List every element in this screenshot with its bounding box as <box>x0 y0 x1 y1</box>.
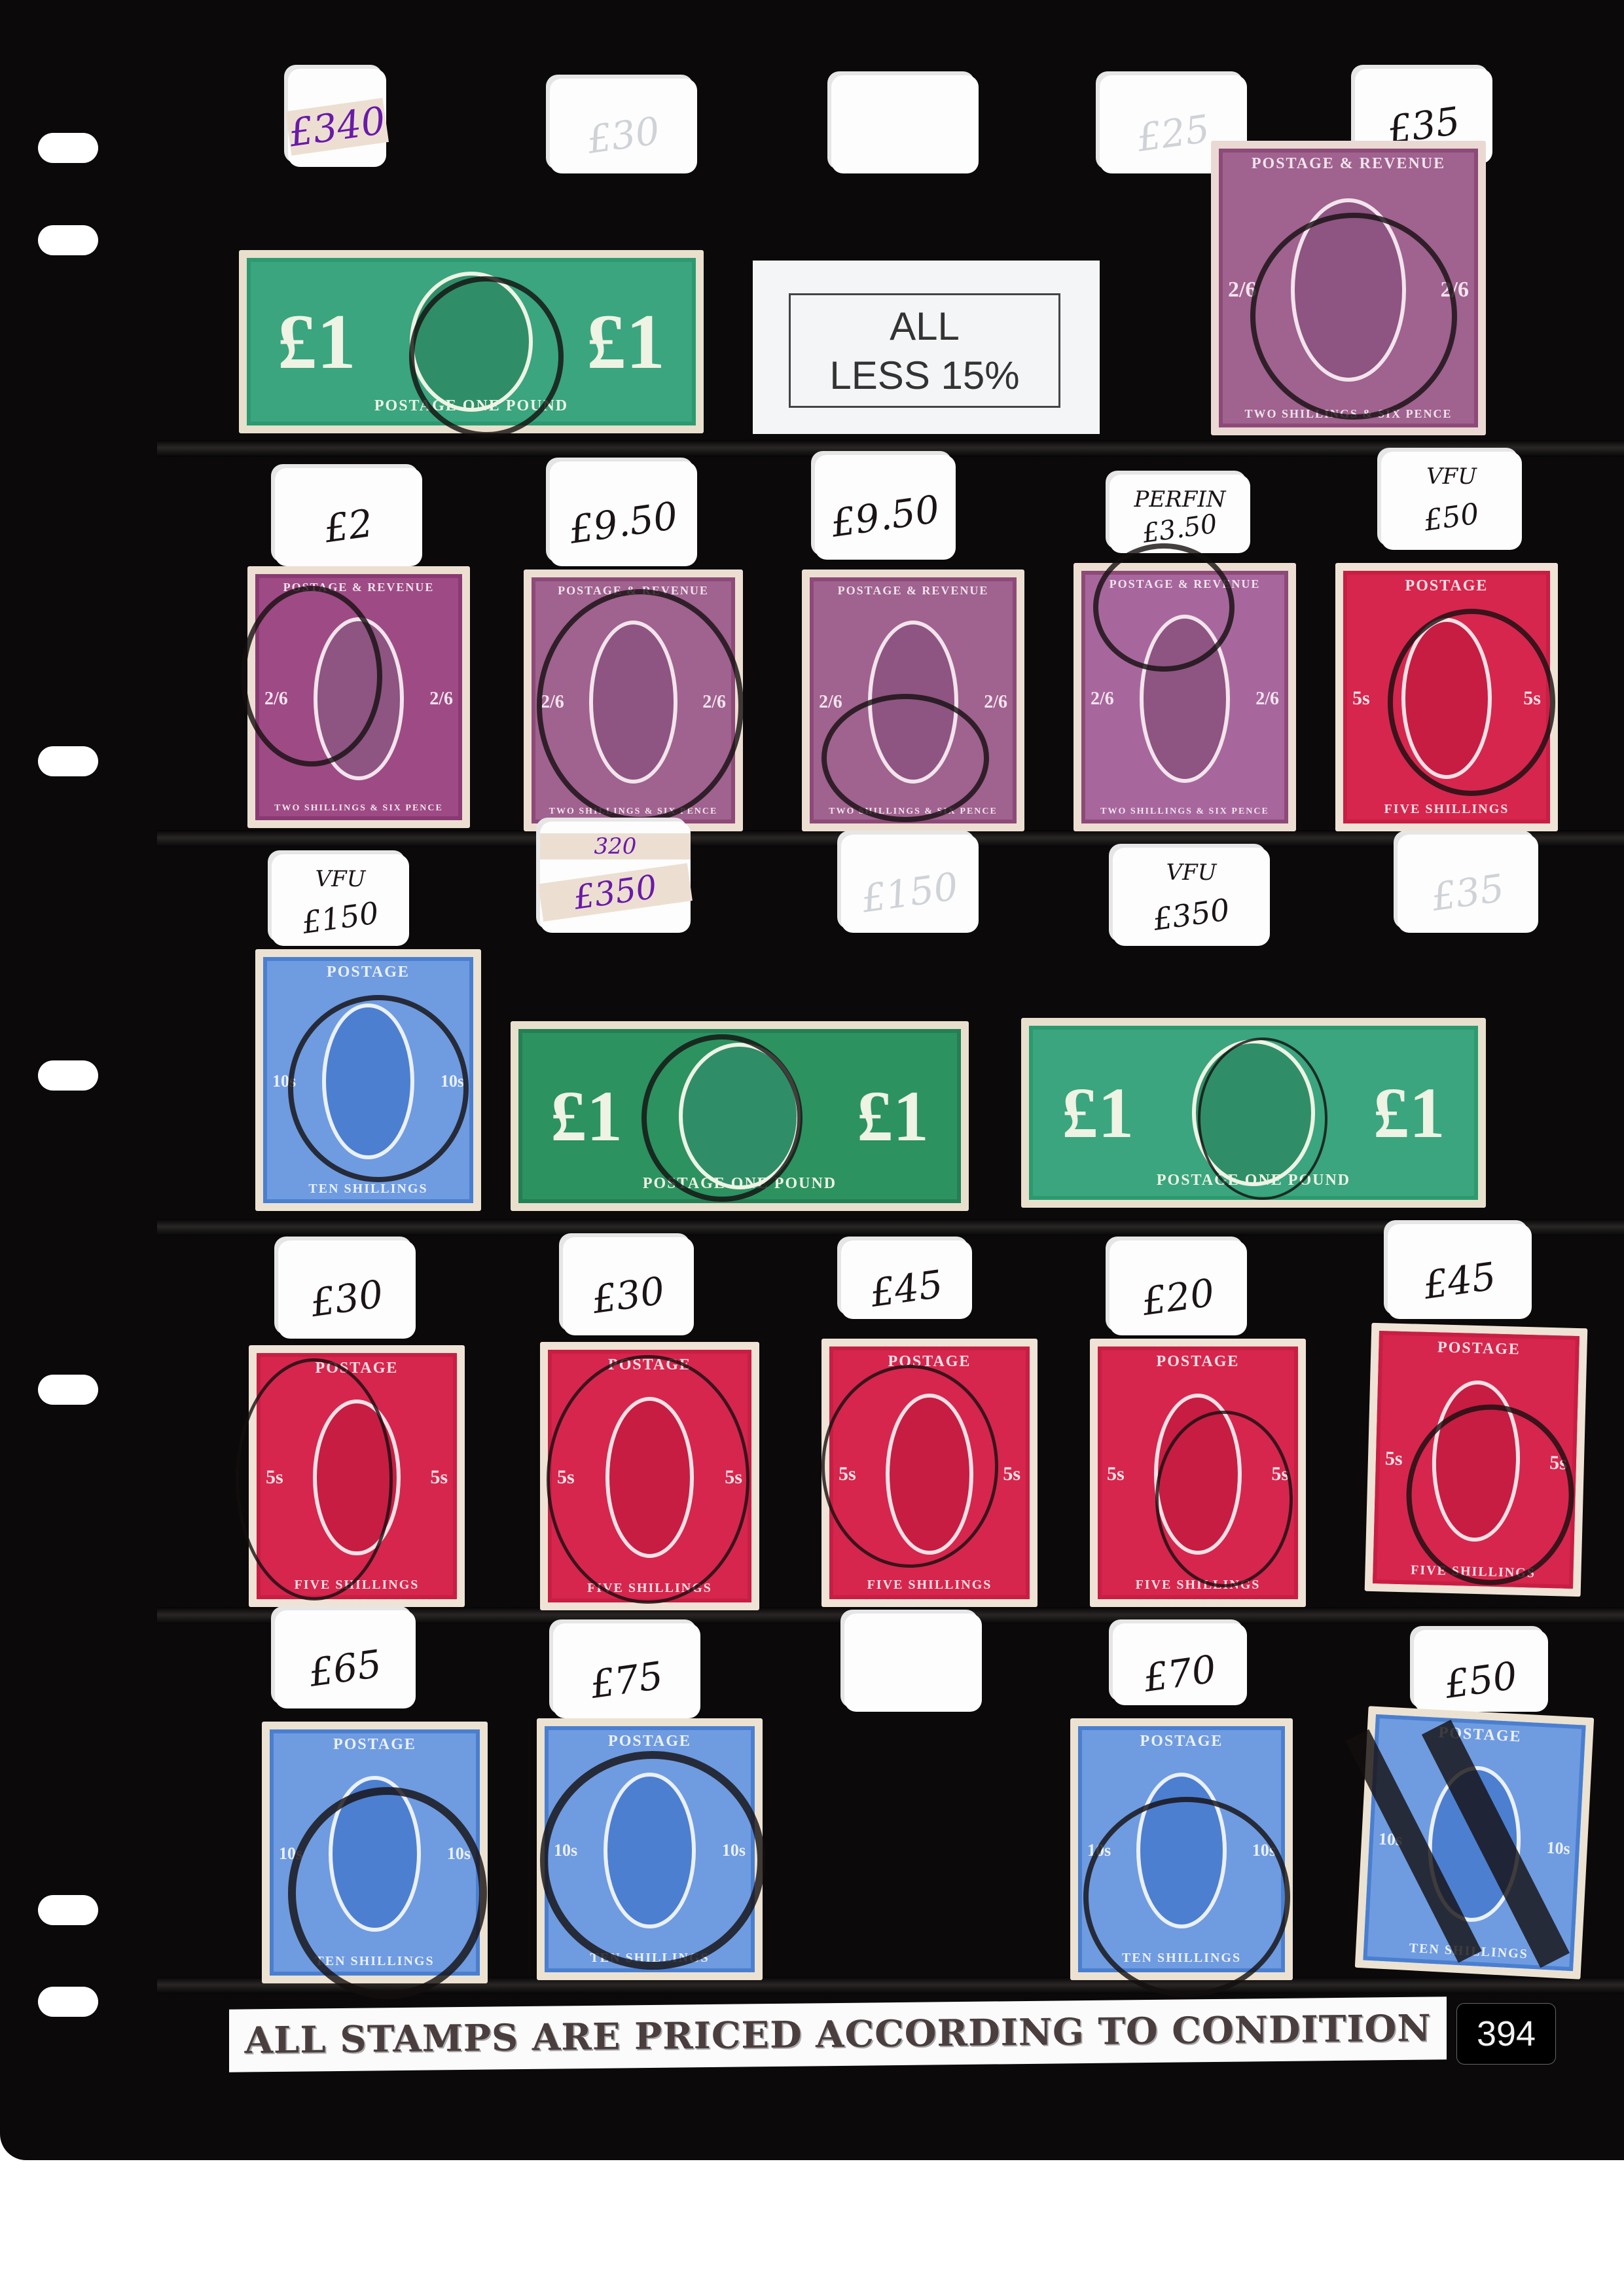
portrait-oval <box>589 621 678 784</box>
note-text: VFU <box>1113 859 1270 886</box>
portrait-oval <box>679 1043 801 1189</box>
price-text: £350 <box>1111 886 1271 943</box>
stamp-value: £1 <box>1373 1072 1445 1155</box>
stamp-value: 5s <box>430 1466 448 1489</box>
portrait-oval <box>313 1400 400 1555</box>
stamp-five-shillings[interactable]: POSTAGE5s5sFIVE SHILLINGS <box>821 1339 1038 1607</box>
portrait-oval <box>604 1773 696 1928</box>
stamp-ten-shillings[interactable]: POSTAGE10s10sTEN SHILLINGS <box>1070 1718 1293 1980</box>
notice-line-1: ALL <box>890 302 960 351</box>
stamp-value: 5s <box>557 1466 575 1489</box>
portrait-oval <box>1140 615 1230 783</box>
note-text: 320 <box>540 833 691 859</box>
stamp-half-crown[interactable]: POSTAGE & REVENUE 2/62/6 TWO SHILLINGS &… <box>1211 141 1486 435</box>
price-label: £9.50 <box>815 455 956 560</box>
stamp-caption: POSTAGE <box>268 1357 445 1380</box>
stamp-caption: FIVE SHILLINGS <box>841 1575 1018 1595</box>
portrait-oval <box>868 621 958 784</box>
price-text: £65 <box>272 1636 418 1700</box>
stamp-value: £1 <box>1062 1072 1134 1155</box>
stamp-five-shillings[interactable]: POSTAGE5s5sFIVE SHILLINGS <box>1335 563 1558 831</box>
portrait-oval <box>1430 1379 1522 1543</box>
stamp-caption: TWO SHILLINGS & SIX PENCE <box>543 804 723 820</box>
stamp-value: £1 <box>857 1075 929 1158</box>
price-text: £150 <box>839 861 981 924</box>
price-label <box>831 75 979 173</box>
stamp-ten-shillings[interactable]: POSTAGE10s10sTEN SHILLINGS <box>1355 1706 1594 1979</box>
price-label: £150 <box>841 835 979 933</box>
stamp-caption: POSTAGE & REVENUE <box>1233 153 1464 175</box>
stamp-one-pound[interactable]: £1 £1 POSTAGE ONE POUND <box>239 250 704 433</box>
stamp-caption: TWO SHILLINGS & SIX PENCE <box>1093 804 1276 820</box>
binder-hole <box>38 1987 98 2017</box>
portrait-oval <box>314 617 404 780</box>
stamp-caption: TWO SHILLINGS & SIX PENCE <box>267 801 450 816</box>
binder-hole <box>38 1895 98 1925</box>
stamp-five-shillings[interactable]: POSTAGE5s5sFIVE SHILLINGS <box>1090 1339 1306 1607</box>
price-label: £20 <box>1110 1240 1247 1335</box>
price-text: £50 <box>1411 1648 1550 1711</box>
stamp-caption: POSTAGE <box>560 1354 740 1377</box>
price-label: £30 <box>563 1237 694 1335</box>
stamp-value: 5s <box>839 1463 856 1485</box>
stamp-value: 10s <box>1546 1838 1571 1859</box>
condition-banner: ALL STAMPS ARE PRICED ACCORDING TO CONDI… <box>229 1997 1447 2072</box>
stamp-caption: POSTAGE <box>281 1733 467 1756</box>
stamp-value: 2/6 <box>819 692 842 713</box>
stamp-caption: POSTAGE ONE POUND <box>370 395 572 418</box>
stamp-value: £1 <box>550 1075 623 1158</box>
stamp-value: 2/6 <box>702 692 726 713</box>
binder-hole <box>38 1060 98 1091</box>
price-label: PERFIN£3.50 <box>1110 475 1250 553</box>
stamp-caption: FIVE SHILLINGS <box>1384 1559 1562 1584</box>
portrait-oval <box>1401 618 1492 779</box>
price-text <box>832 114 978 134</box>
price-label: £35 <box>1398 835 1538 933</box>
price-text <box>845 1653 981 1672</box>
portrait-oval <box>1192 1039 1316 1186</box>
stamp-value: 10s <box>272 1072 296 1091</box>
stamp-caption: POSTAGE <box>275 961 461 984</box>
stamp-value: 10s <box>554 1841 577 1860</box>
portrait-oval <box>329 1776 421 1932</box>
binder-hole <box>38 746 98 776</box>
stamp-caption: POSTAGE <box>556 1730 742 1753</box>
stamp-caption: TEN SHILLINGS <box>1090 1948 1273 1968</box>
price-label: £50 <box>1414 1630 1548 1712</box>
stamp-value: 2/6 <box>429 689 453 710</box>
price-label: VFU£50 <box>1381 452 1522 550</box>
page-number: 394 <box>1456 2003 1556 2065</box>
stamp-value: 5s <box>1523 687 1541 710</box>
price-text: £9.50 <box>812 484 958 548</box>
price-text: £50 <box>1379 491 1523 543</box>
note-text: VFU <box>1381 463 1522 490</box>
stamp-ten-shillings[interactable]: POSTAGE10s10sTEN SHILLINGS <box>255 949 481 1211</box>
stamp-value: 10s <box>722 1841 746 1860</box>
portrait-oval <box>410 272 533 412</box>
portrait-oval <box>605 1397 695 1558</box>
stamp-value: 2/6 <box>1091 689 1114 710</box>
note-text: VFU <box>272 866 409 892</box>
price-label: VFU£350 <box>1113 848 1270 946</box>
stamp-half-crown[interactable]: POSTAGE & REVENUE2/62/6TWO SHILLINGS & S… <box>802 569 1024 831</box>
stamp-value: 10s <box>1087 1841 1111 1860</box>
stamp-value: 5s <box>1003 1463 1020 1485</box>
price-text: £340 <box>285 98 389 155</box>
price-text: £2 <box>272 494 424 558</box>
stamp-ten-shillings[interactable]: POSTAGE10s10sTEN SHILLINGS <box>537 1718 763 1980</box>
portrait-oval <box>886 1394 973 1555</box>
price-text: £30 <box>547 103 699 168</box>
stamp-value: 2/6 <box>984 692 1007 713</box>
stamp-half-crown-perfin[interactable]: POSTAGE & REVENUE2/62/6TWO SHILLINGS & S… <box>1074 563 1296 831</box>
stamp-caption: TWO SHILLINGS & SIX PENCE <box>1233 405 1464 424</box>
stamp-value: 5s <box>725 1466 742 1489</box>
price-label: 320£350 <box>540 822 691 933</box>
price-label: £45 <box>841 1240 972 1319</box>
notice-line-2: LESS 15% <box>829 351 1019 400</box>
portrait-oval <box>1136 1773 1227 1928</box>
price-label: £70 <box>1113 1623 1247 1705</box>
stamp-value: 5s <box>266 1466 283 1489</box>
stamp-caption: POSTAGE <box>1355 575 1538 598</box>
stamp-value: 2/6 <box>1255 689 1279 710</box>
price-text: £150 <box>270 891 410 945</box>
binder-hole <box>38 1375 98 1405</box>
stamp-caption: POSTAGE ONE POUND <box>639 1172 840 1195</box>
stamp-value: 2/6 <box>1441 278 1469 302</box>
price-text: £20 <box>1107 1265 1249 1329</box>
stamp-value: 5s <box>1271 1463 1289 1485</box>
stamp-caption: TEN SHILLINGS <box>281 1951 467 1972</box>
stamp-value: 10s <box>447 1844 471 1864</box>
stamp-half-crown[interactable]: POSTAGE & REVENUE2/62/6TWO SHILLINGS & S… <box>524 569 743 831</box>
stamp-value: 10s <box>1252 1841 1276 1860</box>
price-label: £9.50 <box>550 461 697 566</box>
price-text: £30 <box>560 1264 696 1326</box>
stamp-value: 5s <box>1107 1463 1125 1485</box>
price-text: £70 <box>1110 1642 1249 1705</box>
stamp-value: 2/6 <box>1228 278 1256 302</box>
stamp-five-shillings[interactable]: POSTAGE5s5sFIVE SHILLINGS <box>1365 1323 1588 1597</box>
stamp-caption: FIVE SHILLINGS <box>560 1578 740 1599</box>
price-label: £30 <box>550 79 697 173</box>
stamp-value: 10s <box>279 1844 302 1864</box>
price-text: £30 <box>276 1267 418 1330</box>
price-label: £2 <box>275 468 422 566</box>
discount-notice: ALL LESS 15% <box>753 261 1100 434</box>
stamp-caption: POSTAGE & REVENUE <box>821 581 1005 600</box>
price-label: £340 <box>288 69 386 167</box>
price-label: £75 <box>553 1623 700 1718</box>
binder-hole <box>38 133 98 163</box>
stamp-half-crown[interactable]: POSTAGE & REVENUE2/62/6TWO SHILLINGS & S… <box>247 566 470 828</box>
stamp-one-pound[interactable]: £1 £1 POSTAGE ONE POUND <box>511 1021 969 1211</box>
stamp-value: £1 <box>278 297 356 387</box>
stamp-five-shillings[interactable]: POSTAGE5s5sFIVE SHILLINGS <box>540 1342 759 1610</box>
stamp-caption: POSTAGE & REVENUE <box>1093 575 1276 594</box>
stamp-caption: TWO SHILLINGS & SIX PENCE <box>821 804 1005 820</box>
stamp-value: 5s <box>1549 1452 1568 1475</box>
stamp-caption: POSTAGE ONE POUND <box>1153 1169 1354 1192</box>
stamp-caption: TEN SHILLINGS <box>556 1948 742 1968</box>
price-label: £45 <box>1388 1224 1532 1319</box>
price-text: £9.50 <box>547 490 699 555</box>
stamp-caption: POSTAGE <box>1110 1350 1286 1373</box>
price-text: £35 <box>1395 861 1540 924</box>
stamp-value: 10s <box>441 1072 464 1091</box>
stamp-caption: POSTAGE <box>841 1350 1018 1373</box>
stamp-caption: TEN SHILLINGS <box>275 1179 461 1199</box>
stamp-value: 2/6 <box>541 692 564 713</box>
stamp-value: 5s <box>1352 687 1370 710</box>
binder-hole <box>38 225 98 255</box>
portrait-oval <box>1154 1394 1241 1555</box>
portrait-oval <box>1291 198 1407 382</box>
price-label <box>844 1614 982 1712</box>
stamp-value: 2/6 <box>264 689 288 710</box>
price-label: £65 <box>275 1610 416 1708</box>
stamp-caption: POSTAGE & REVENUE <box>267 578 450 597</box>
price-text: £350 <box>538 863 693 921</box>
stamp-five-shillings[interactable]: POSTAGE5s5sFIVE SHILLINGS <box>249 1345 465 1607</box>
stamp-value: £1 <box>586 297 665 387</box>
stamp-ten-shillings[interactable]: POSTAGE10s10sTEN SHILLINGS <box>262 1722 488 1983</box>
stamp-caption: POSTAGE <box>1090 1730 1273 1753</box>
price-label: £30 <box>278 1240 416 1339</box>
stamp-caption: FIVE SHILLINGS <box>1355 799 1538 820</box>
stamp-caption: FIVE SHILLINGS <box>268 1575 445 1595</box>
stamp-caption: FIVE SHILLINGS <box>1110 1575 1286 1595</box>
price-text: £45 <box>1385 1248 1534 1312</box>
stamp-caption: POSTAGE & REVENUE <box>543 581 723 600</box>
price-text: £45 <box>839 1257 975 1320</box>
price-text: £75 <box>550 1648 702 1712</box>
stamp-value: 5s <box>1385 1447 1403 1470</box>
stamp-one-pound[interactable]: £1 £1 POSTAGE ONE POUND <box>1021 1018 1486 1208</box>
price-label: VFU£150 <box>272 854 409 946</box>
portrait-oval <box>322 1003 414 1159</box>
